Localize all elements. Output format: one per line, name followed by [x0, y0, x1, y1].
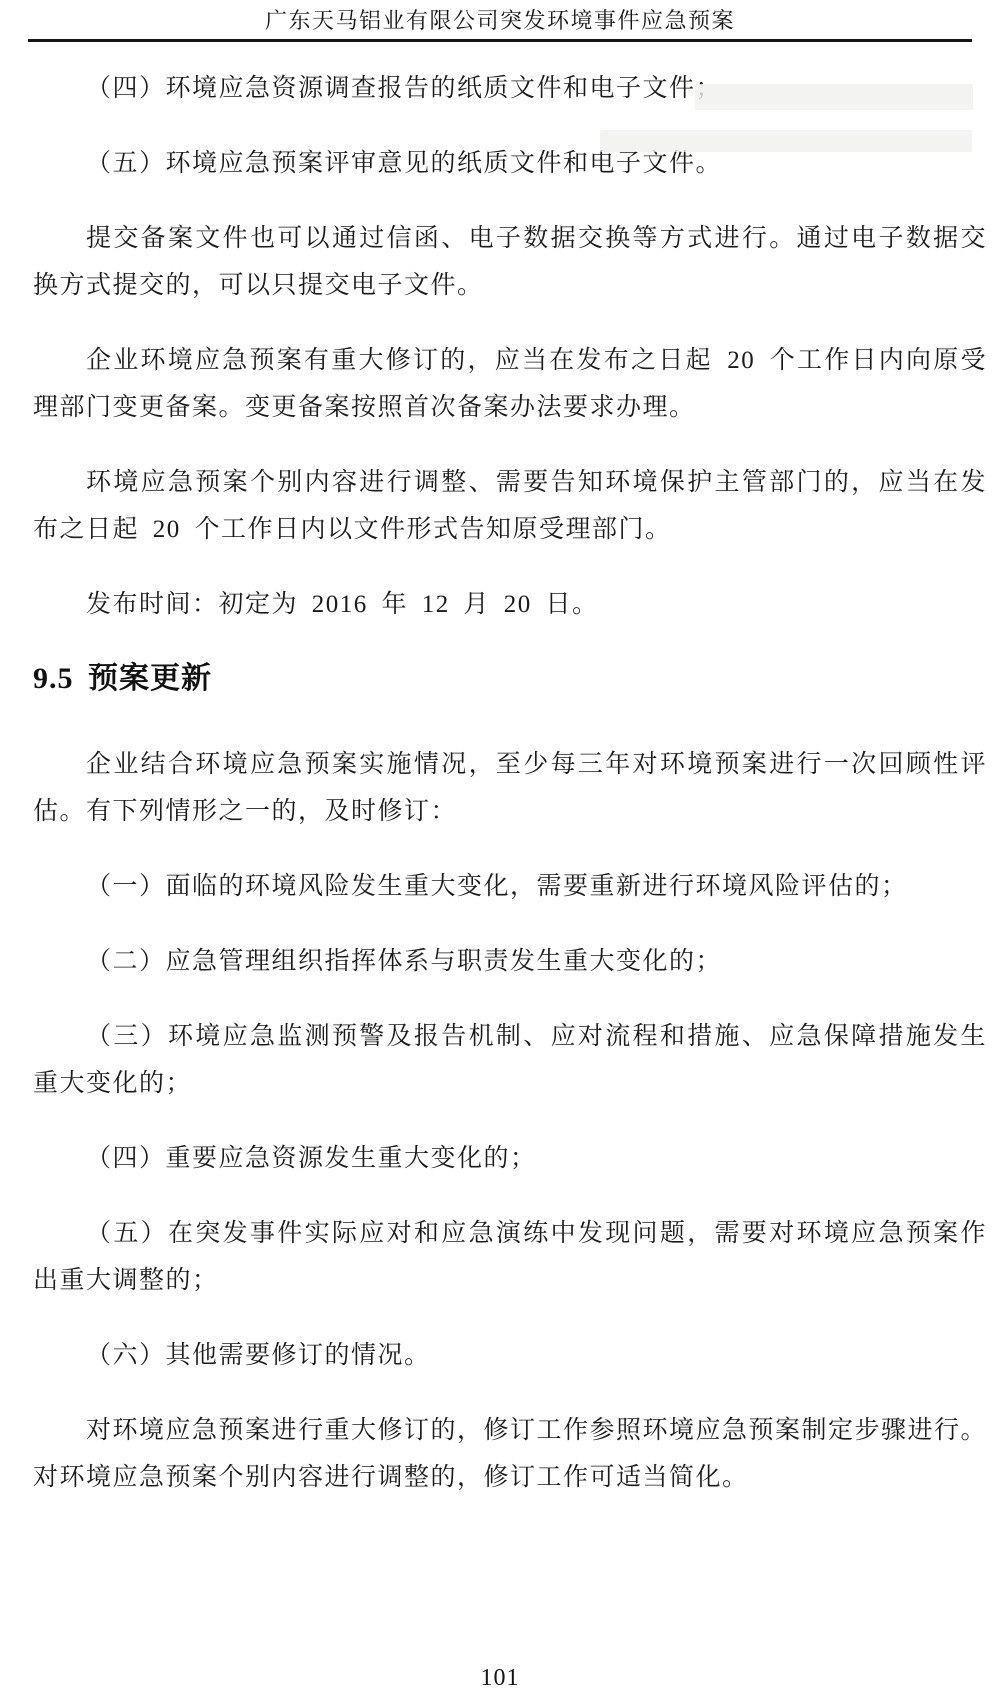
paragraph: （二）应急管理组织指挥体系与职责发生重大变化的； — [33, 938, 987, 985]
page-header: 广东天马铝业有限公司突发环境事件应急预案 — [0, 0, 1000, 42]
text-line: 发布时间：初定为 2016 年 12 月 20 日。 — [33, 581, 987, 628]
text-line: 企业环境应急预案有重大修订的，应当在发布之日起 20 个工作日内向原受 — [33, 337, 987, 384]
paragraph: 企业环境应急预案有重大修订的，应当在发布之日起 20 个工作日内向原受理部门变更… — [33, 337, 987, 431]
text-line: 布之日起 20 个工作日内以文件形式告知原受理部门。 — [33, 506, 987, 553]
document-page: 广东天马铝业有限公司突发环境事件应急预案 （四）环境应急资源调查报告的纸质文件和… — [0, 0, 1000, 1702]
page-footer: 101 — [0, 1663, 1000, 1693]
paragraph: （三）环境应急监测预警及报告机制、应对流程和措施、应急保障措施发生重大变化的； — [33, 1013, 987, 1107]
paragraph: （六）其他需要修订的情况。 — [33, 1332, 987, 1379]
text-line: 对环境应急预案进行重大修订的，修订工作参照环境应急预案制定步骤进行。 — [33, 1407, 987, 1454]
text-line: 估。有下列情形之一的，及时修订： — [33, 788, 987, 835]
text-line: （一）面临的环境风险发生重大变化，需要重新进行环境风险评估的； — [33, 863, 987, 910]
section-heading: 9.5 预案更新 — [33, 656, 987, 701]
text-line: 换方式提交的，可以只提交电子文件。 — [33, 262, 987, 309]
paragraph: 企业结合环境应急预案实施情况，至少每三年对环境预案进行一次回顾性评估。有下列情形… — [33, 741, 987, 835]
text-line: 出重大调整的； — [33, 1257, 987, 1304]
text-line: 环境应急预案个别内容进行调整、需要告知环境保护主管部门的，应当在发 — [33, 459, 987, 506]
scan-artifact — [695, 84, 973, 110]
document-body: （四）环境应急资源调查报告的纸质文件和电子文件；（五）环境应急预案评审意见的纸质… — [33, 65, 987, 1501]
text-line: 企业结合环境应急预案实施情况，至少每三年对环境预案进行一次回顾性评 — [33, 741, 987, 788]
paragraph: 提交备案文件也可以通过信函、电子数据交换等方式进行。通过电子数据交换方式提交的，… — [33, 215, 987, 309]
text-line: （三）环境应急监测预警及报告机制、应对流程和措施、应急保障措施发生 — [33, 1013, 987, 1060]
paragraph: （四）重要应急资源发生重大变化的； — [33, 1135, 987, 1182]
paragraph: 环境应急预案个别内容进行调整、需要告知环境保护主管部门的，应当在发布之日起 20… — [33, 459, 987, 553]
text-line: 重大变化的； — [33, 1060, 987, 1107]
text-line: （五）在突发事件实际应对和应急演练中发现问题，需要对环境应急预案作 — [33, 1210, 987, 1257]
text-line: （四）重要应急资源发生重大变化的； — [33, 1135, 987, 1182]
paragraph: （一）面临的环境风险发生重大变化，需要重新进行环境风险评估的； — [33, 863, 987, 910]
page-number: 101 — [481, 1665, 520, 1691]
paragraph: 对环境应急预案进行重大修订的，修订工作参照环境应急预案制定步骤进行。对环境应急预… — [33, 1407, 987, 1501]
paragraph: （五）在突发事件实际应对和应急演练中发现问题，需要对环境应急预案作出重大调整的； — [33, 1210, 987, 1304]
text-line: （六）其他需要修订的情况。 — [33, 1332, 987, 1379]
text-line: （二）应急管理组织指挥体系与职责发生重大变化的； — [33, 938, 987, 985]
paragraph: 发布时间：初定为 2016 年 12 月 20 日。 — [33, 581, 987, 628]
header-rule — [28, 39, 972, 42]
text-line: 对环境应急预案个别内容进行调整的，修订工作可适当简化。 — [33, 1454, 987, 1501]
header-title: 广东天马铝业有限公司突发环境事件应急预案 — [0, 7, 1000, 35]
scan-artifact — [600, 130, 972, 152]
text-line: 提交备案文件也可以通过信函、电子数据交换等方式进行。通过电子数据交 — [33, 215, 987, 262]
text-line: 理部门变更备案。变更备案按照首次备案办法要求办理。 — [33, 384, 987, 431]
